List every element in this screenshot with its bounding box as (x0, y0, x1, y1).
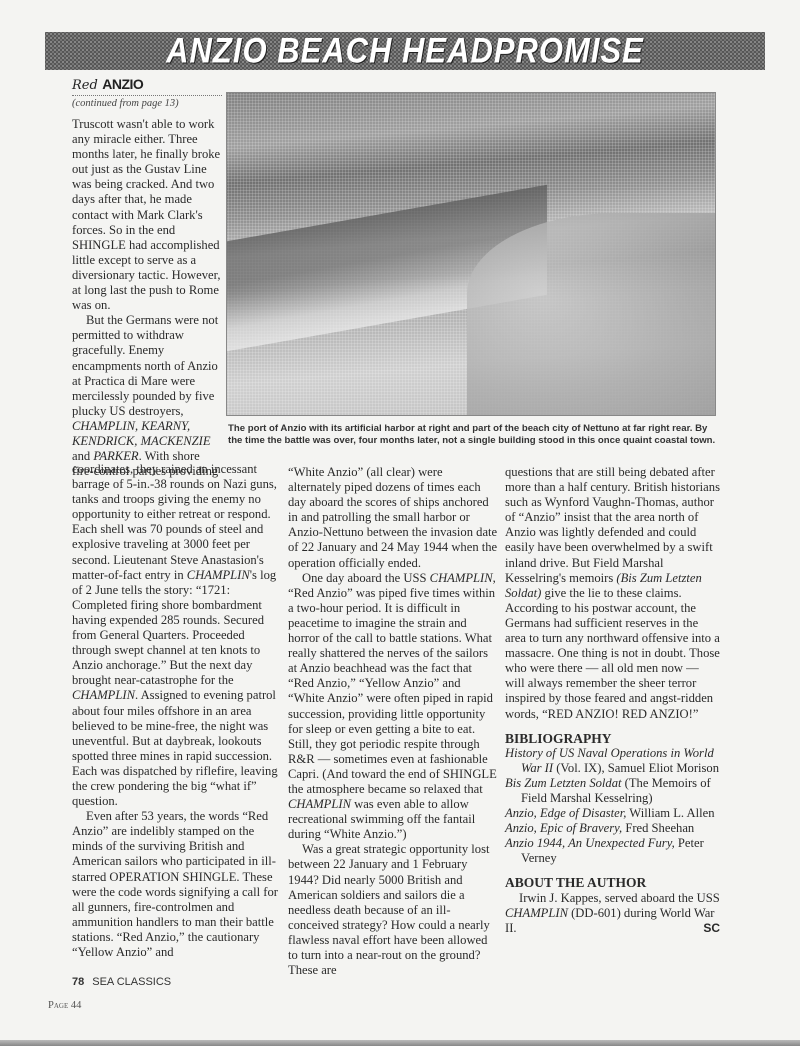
author-heading: ABOUT THE AUTHOR (505, 875, 720, 890)
ship-names: CHAMPLIN, KEARNY, KENDRICK, MACKENZIE (72, 419, 211, 448)
scan-page-label: Page 44 (48, 1000, 81, 1011)
paragraph: One day aboard the USS CHAMPLIN, “Red An… (288, 571, 498, 843)
text-run: questions that are still being debated a… (505, 465, 720, 585)
book-title: Anzio, Edge of Disaster, (505, 806, 626, 820)
book-details: William L. Allen (626, 806, 714, 820)
photo-sea-area (467, 213, 715, 415)
text-run: 's log of 2 June tells the story: “1721:… (72, 568, 276, 688)
paragraph: questions that are still being debated a… (505, 465, 720, 722)
book-details: Fred Sheehan (622, 821, 694, 835)
ship-name: CHAMPLIN (72, 688, 135, 702)
book-title: Bis Zum Letzten Soldat (505, 776, 622, 790)
text-run: . Assigned to evening patrol about four … (72, 688, 278, 808)
ship-name: CHAMPLIN (430, 571, 493, 585)
end-mark: SC (689, 921, 720, 936)
folio: 78SEA CLASSICS (72, 976, 171, 988)
bibliography-item: Anzio, Edge of Disaster, William L. Alle… (505, 806, 720, 821)
anzio-harbor-photo (226, 92, 716, 416)
bibliography-item: Bis Zum Letzten Soldat (The Memoirs of F… (505, 776, 720, 806)
book-title: Anzio, Epic of Bravery, (505, 821, 622, 835)
text-run: give the lie to these claims. According … (505, 586, 720, 721)
bibliography-item: Anzio, Epic of Bravery, Fred Sheehan (505, 821, 720, 836)
column-1-wide: coordinates, they rained an incessant ba… (72, 462, 282, 960)
paragraph: But the Germans were not permitted to wi… (72, 313, 222, 479)
ship-name: CHAMPLIN (187, 568, 250, 582)
book-details: (Vol. IX), Samuel Eliot Morison (553, 761, 719, 775)
page-title: ANZIO BEACH HEADPROMISE (45, 29, 765, 73)
bibliography-item: Anzio 1944, An Unexpected Fury, Peter Ve… (505, 836, 720, 866)
column-2: “White Anzio” (all clear) were alternate… (288, 465, 498, 978)
paragraph: Was a great strategic opportunity lost b… (288, 842, 498, 978)
text-run: , “Red Anzio” was piped five times withi… (288, 571, 497, 796)
photo-caption: The port of Anzio with its artificial ha… (228, 423, 718, 446)
text-run: coordinates, they rained an incessant ba… (72, 462, 277, 582)
page-number: 78 (72, 976, 84, 988)
column-1-narrow: Truscott wasn't able to work any miracle… (72, 117, 222, 479)
text-run: One day aboard the USS (302, 571, 430, 585)
text-run: and (72, 449, 93, 463)
paragraph: coordinates, they rained an incessant ba… (72, 462, 282, 809)
book-title: Anzio 1944, An Unexpected Fury, (505, 836, 675, 850)
bibliography-heading: BIBLIOGRAPHY (505, 731, 720, 746)
column-3: questions that are still being debated a… (505, 465, 720, 936)
kicker-red: Red (72, 78, 98, 93)
text-run: Irwin J. Kappes, served aboard the USS (519, 891, 720, 905)
page-edge (0, 1040, 800, 1046)
continued-note: (continued from page 13) (72, 98, 179, 109)
bibliography-item: History of US Naval Operations in World … (505, 746, 720, 776)
section-kicker: Red ANZIO (72, 76, 222, 96)
paragraph: “White Anzio” (all clear) were alternate… (288, 465, 498, 571)
paragraph: Truscott wasn't able to work any miracle… (72, 117, 222, 313)
ship-name: CHAMPLIN (288, 797, 351, 811)
title-banner: ANZIO BEACH HEADPROMISE (45, 32, 765, 70)
magazine-name: SEA CLASSICS (92, 976, 171, 988)
ship-name: PARKER (93, 449, 138, 463)
text-run: But the Germans were not permitted to wi… (72, 313, 218, 418)
author-bio: Irwin J. Kappes, served aboard the USS C… (505, 891, 720, 936)
ship-name: CHAMPLIN (505, 906, 568, 920)
kicker-anzio: ANZIO (102, 76, 143, 92)
paragraph: Even after 53 years, the words “Red Anzi… (72, 809, 282, 960)
